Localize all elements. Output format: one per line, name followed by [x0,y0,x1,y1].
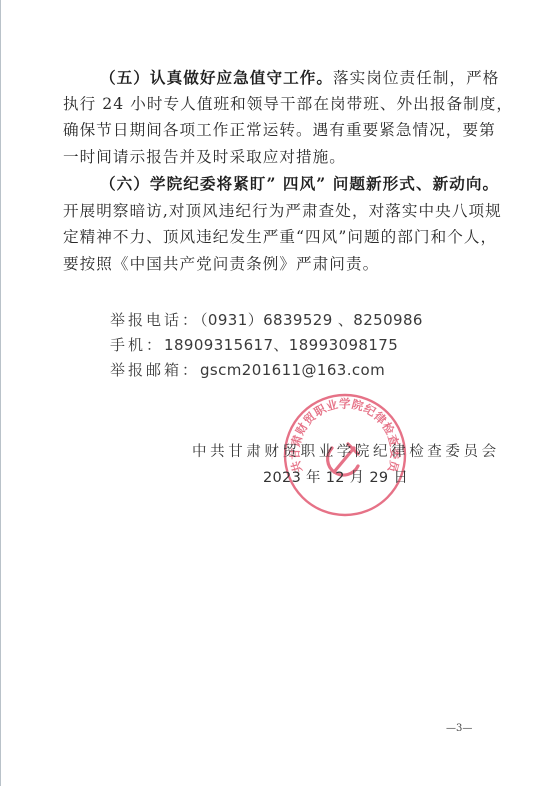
section-five-text: 落实岗位责任制，严格 [333,69,499,87]
report-mobile: 手机：18909315617、18993098175 [110,333,398,357]
section-five-line-1: （五）认真做好应急值守工作。落实岗位责任制，严格 [100,65,550,91]
section-six-line-1: （六）学院纪委将紧盯” 四风” 问题新形式、新动向。 [100,171,550,197]
page-left-border [0,0,1,786]
report-phone: 举报电话：（0931）6839529 、8250986 [110,308,423,332]
page-number: —3— [446,722,472,736]
section-five-heading: （五）认真做好应急值守工作。 [100,68,333,87]
document-page: （五）认真做好应急值守工作。落实岗位责任制，严格 执行 24 小时专人值班和领导… [0,0,555,786]
section-six-line-4: 要按照《中国共产党问责条例》严肃问责。 [63,251,513,277]
section-six-line-3: 定精神不力、顶风违纪发生严重“四风”问题的部门和个人， [63,224,513,250]
report-mobile-value: 18909315617、18993098175 [164,336,398,354]
report-mobile-label: 手机： [110,336,164,354]
signature-organization: 中共甘肃财贸职业学院纪律检查委员会 [192,440,500,464]
section-five-line-3: 确保节日期间各项工作正常运转。遇有重要紧急情况，要第 [63,117,513,143]
section-six-heading: （六）学院纪委将紧盯” 四风” 问题新形式、新动向。 [100,174,499,193]
report-phone-value: （0931）6839529 、8250986 [200,311,423,329]
report-email-value: gscm201611@163.com [200,361,385,379]
report-phone-label: 举报电话： [110,311,200,329]
report-email: 举报邮箱：gscm201611@163.com [110,358,385,382]
section-six-line-2: 开展明察暗访,对顶风违纪行为严肃查处，对落实中央八项规 [63,198,513,224]
section-five-line-2: 执行 24 小时专人值班和领导干部在岗带班、外出报备制度， [63,91,513,117]
section-five-line-4: 一时间请示报告并及时采取应对措施。 [63,144,513,170]
report-email-label: 举报邮箱： [110,361,200,379]
signature-date: 2023 年 12 月 29 日 [263,466,408,490]
